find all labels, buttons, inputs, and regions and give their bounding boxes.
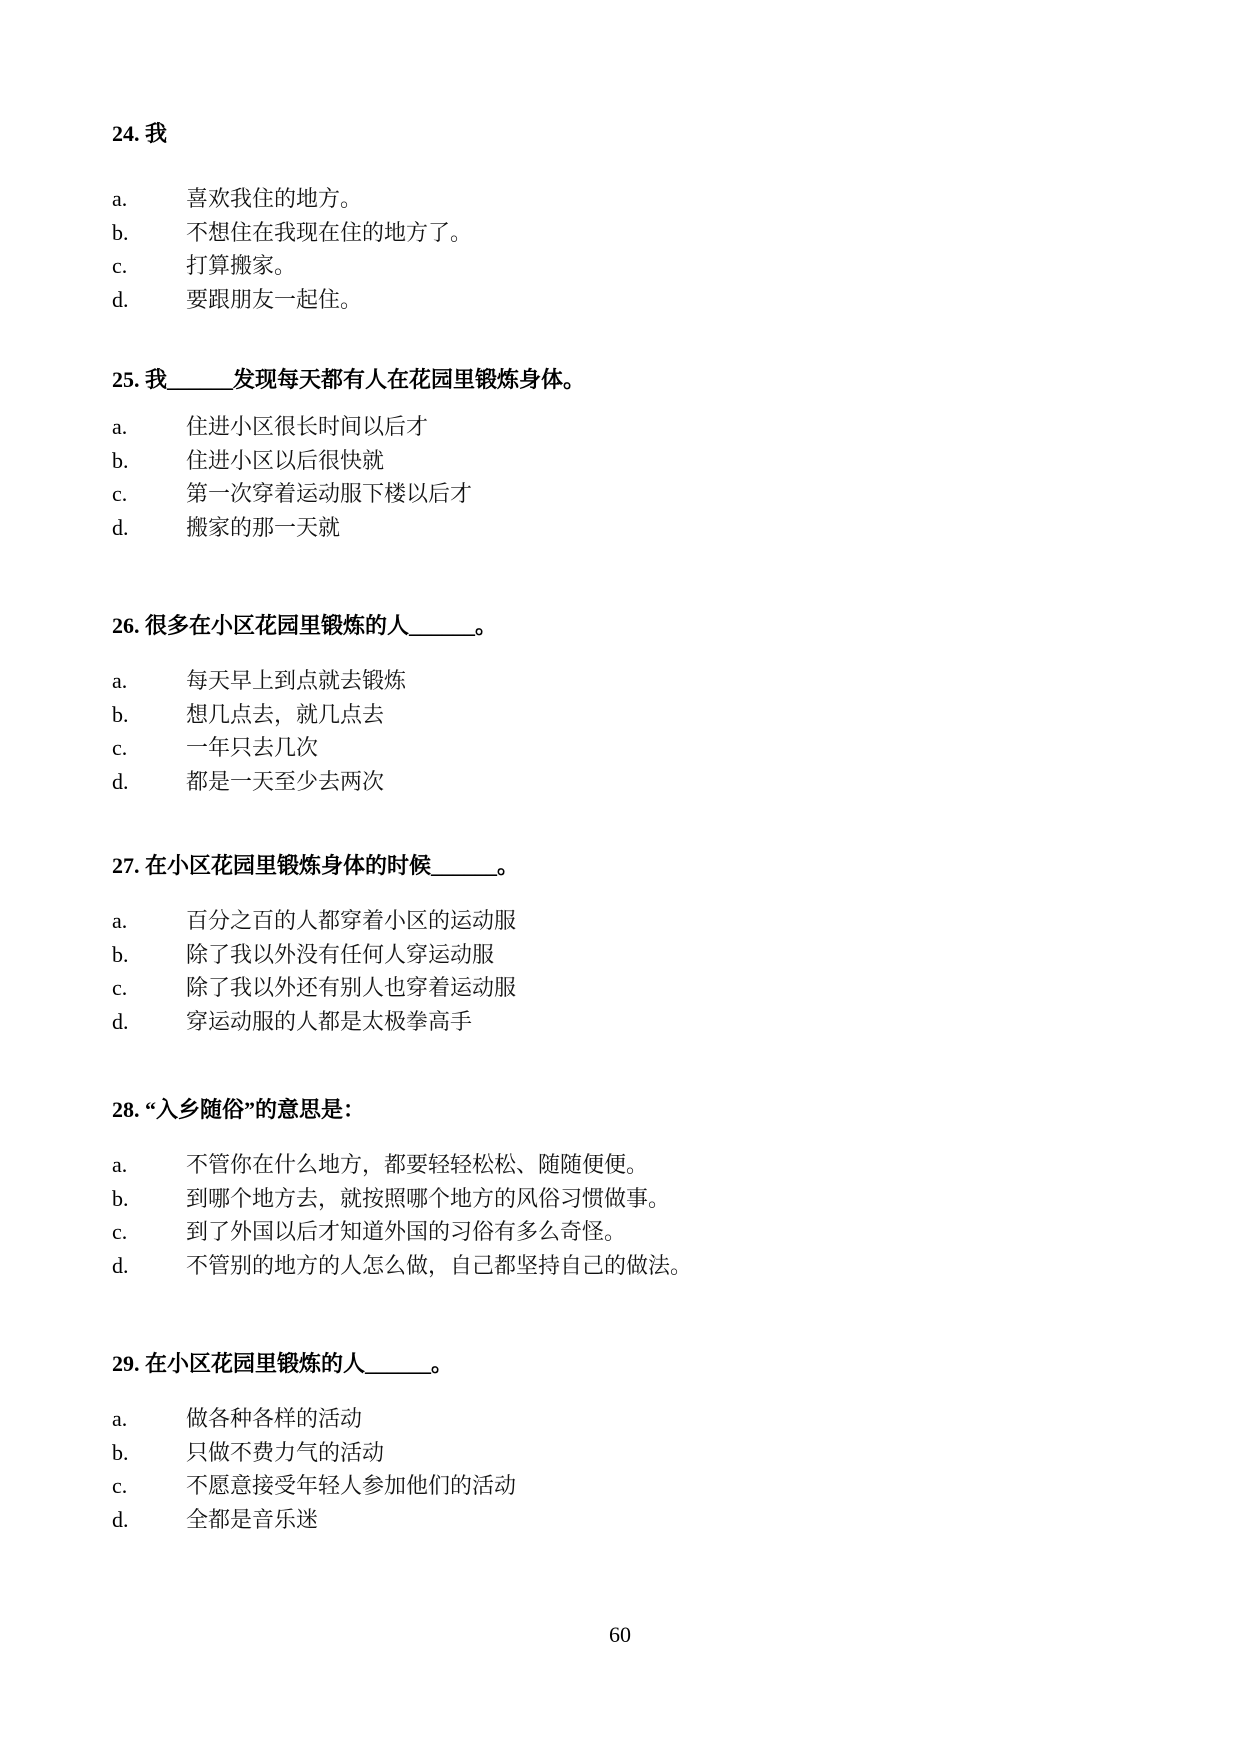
question-29: 29. 在小区花园里锻炼的人______。 a. 做各种各样的活动 b. 只做不… [112, 1350, 1112, 1536]
option-c: c. 不愿意接受年轻人参加他们的活动 [112, 1469, 1112, 1503]
option-text: 穿运动服的人都是太极拳高手 [186, 1005, 472, 1039]
option-text: 到了外国以后才知道外国的习俗有多么奇怪。 [186, 1215, 626, 1249]
option-a: a. 百分之百的人都穿着小区的运动服 [112, 904, 1112, 938]
option-text: 不想住在我现在住的地方了。 [186, 216, 472, 250]
option-b: b. 除了我以外没有任何人穿运动服 [112, 938, 1112, 972]
option-text: 百分之百的人都穿着小区的运动服 [186, 904, 516, 938]
option-d: d. 不管别的地方的人怎么做，自己都坚持自己的做法。 [112, 1249, 1112, 1283]
option-a: a. 喜欢我住的地方。 [112, 182, 1112, 216]
option-text: 不管别的地方的人怎么做，自己都坚持自己的做法。 [186, 1249, 692, 1283]
option-text: 打算搬家。 [186, 249, 296, 283]
question-25: 25. 我______发现每天都有人在花园里锻炼身体。 a. 住进小区很长时间以… [112, 366, 1112, 544]
option-letter: b. [112, 444, 186, 478]
option-text: 搬家的那一天就 [186, 511, 340, 545]
option-letter: b. [112, 698, 186, 732]
question-27: 27. 在小区花园里锻炼身体的时候______。 a. 百分之百的人都穿着小区的… [112, 852, 1112, 1038]
option-letter: b. [112, 1182, 186, 1216]
option-letter: c. [112, 731, 186, 765]
option-text: 不愿意接受年轻人参加他们的活动 [186, 1469, 516, 1503]
option-text: 要跟朋友一起住。 [186, 283, 362, 317]
option-list: a. 不管你在什么地方，都要轻轻松松、随随便便。 b. 到哪个地方去，就按照哪个… [112, 1148, 1112, 1282]
option-a: a. 不管你在什么地方，都要轻轻松松、随随便便。 [112, 1148, 1112, 1182]
option-text: 到哪个地方去，就按照哪个地方的风俗习惯做事。 [186, 1182, 670, 1216]
option-text: 除了我以外还有别人也穿着运动服 [186, 971, 516, 1005]
option-b: b. 想几点去，就几点去 [112, 698, 1112, 732]
option-b: b. 只做不费力气的活动 [112, 1436, 1112, 1470]
option-list: a. 做各种各样的活动 b. 只做不费力气的活动 c. 不愿意接受年轻人参加他们… [112, 1402, 1112, 1536]
option-letter: a. [112, 904, 186, 938]
option-a: a. 做各种各样的活动 [112, 1402, 1112, 1436]
option-letter: a. [112, 182, 186, 216]
option-letter: c. [112, 971, 186, 1005]
question-title: 27. 在小区花园里锻炼身体的时候______。 [112, 852, 1112, 880]
option-text: 每天早上到点就去锻炼 [186, 664, 406, 698]
question-26: 26. 很多在小区花园里锻炼的人______。 a. 每天早上到点就去锻炼 b.… [112, 612, 1112, 798]
option-text: 做各种各样的活动 [186, 1402, 362, 1436]
option-letter: c. [112, 1215, 186, 1249]
page-number: 60 [0, 1621, 1240, 1649]
option-text: 只做不费力气的活动 [186, 1436, 384, 1470]
option-letter: d. [112, 765, 186, 799]
option-d: d. 搬家的那一天就 [112, 511, 1112, 545]
option-list: a. 百分之百的人都穿着小区的运动服 b. 除了我以外没有任何人穿运动服 c. … [112, 904, 1112, 1038]
option-b: b. 住进小区以后很快就 [112, 444, 1112, 478]
option-a: a. 住进小区很长时间以后才 [112, 410, 1112, 444]
option-list: a. 住进小区很长时间以后才 b. 住进小区以后很快就 c. 第一次穿着运动服下… [112, 410, 1112, 544]
option-letter: a. [112, 1402, 186, 1436]
option-text: 想几点去，就几点去 [186, 698, 384, 732]
question-24: 24. 我 a. 喜欢我住的地方。 b. 不想住在我现在住的地方了。 c. 打算… [112, 120, 1112, 316]
option-text: 住进小区很长时间以后才 [186, 410, 428, 444]
option-b: b. 不想住在我现在住的地方了。 [112, 216, 1112, 250]
option-c: c. 打算搬家。 [112, 249, 1112, 283]
option-letter: b. [112, 216, 186, 250]
option-c: c. 第一次穿着运动服下楼以后才 [112, 477, 1112, 511]
option-text: 喜欢我住的地方。 [186, 182, 362, 216]
option-text: 不管你在什么地方，都要轻轻松松、随随便便。 [186, 1148, 648, 1182]
option-text: 第一次穿着运动服下楼以后才 [186, 477, 472, 511]
option-d: d. 都是一天至少去两次 [112, 765, 1112, 799]
option-text: 都是一天至少去两次 [186, 765, 384, 799]
question-title: 26. 很多在小区花园里锻炼的人______。 [112, 612, 1112, 640]
option-letter: b. [112, 938, 186, 972]
option-letter: d. [112, 511, 186, 545]
option-d: d. 要跟朋友一起住。 [112, 283, 1112, 317]
option-letter: d. [112, 1005, 186, 1039]
option-letter: d. [112, 283, 186, 317]
question-title: 29. 在小区花园里锻炼的人______。 [112, 1350, 1112, 1378]
option-list: a. 喜欢我住的地方。 b. 不想住在我现在住的地方了。 c. 打算搬家。 d.… [112, 182, 1112, 316]
option-text: 全都是音乐迷 [186, 1503, 318, 1537]
option-text: 住进小区以后很快就 [186, 444, 384, 478]
option-letter: d. [112, 1249, 186, 1283]
document-page: 24. 我 a. 喜欢我住的地方。 b. 不想住在我现在住的地方了。 c. 打算… [0, 0, 1240, 1754]
option-text: 一年只去几次 [186, 731, 318, 765]
option-letter: c. [112, 1469, 186, 1503]
option-c: c. 除了我以外还有别人也穿着运动服 [112, 971, 1112, 1005]
option-c: c. 一年只去几次 [112, 731, 1112, 765]
question-28: 28. “入乡随俗”的意思是： a. 不管你在什么地方，都要轻轻松松、随随便便。… [112, 1096, 1112, 1282]
question-title: 24. 我 [112, 120, 1112, 148]
option-b: b. 到哪个地方去，就按照哪个地方的风俗习惯做事。 [112, 1182, 1112, 1216]
option-c: c. 到了外国以后才知道外国的习俗有多么奇怪。 [112, 1215, 1112, 1249]
question-title: 28. “入乡随俗”的意思是： [112, 1096, 1112, 1124]
option-letter: c. [112, 477, 186, 511]
option-letter: b. [112, 1436, 186, 1470]
option-d: d. 全都是音乐迷 [112, 1503, 1112, 1537]
option-letter: a. [112, 410, 186, 444]
option-letter: a. [112, 1148, 186, 1182]
option-letter: a. [112, 664, 186, 698]
option-text: 除了我以外没有任何人穿运动服 [186, 938, 494, 972]
option-letter: c. [112, 249, 186, 283]
question-title: 25. 我______发现每天都有人在花园里锻炼身体。 [112, 366, 1112, 394]
option-a: a. 每天早上到点就去锻炼 [112, 664, 1112, 698]
option-list: a. 每天早上到点就去锻炼 b. 想几点去，就几点去 c. 一年只去几次 d. … [112, 664, 1112, 798]
option-letter: d. [112, 1503, 186, 1537]
option-d: d. 穿运动服的人都是太极拳高手 [112, 1005, 1112, 1039]
